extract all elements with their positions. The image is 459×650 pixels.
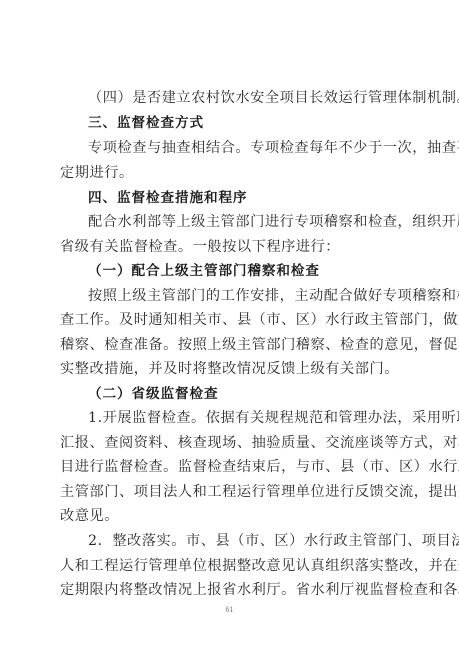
body-text-line: 定期限内将整改情况上报省水利厅。省水利厅视监督检查和各地 [60, 581, 402, 599]
paragraph-first-line: 1.开展监督检查。依据有关规程规范和管理办法，采用听取 [88, 409, 402, 427]
body-text-line: 定期进行。 [60, 164, 402, 182]
page-number: 61 [0, 605, 459, 614]
section-heading: 三、监督检查方式 [88, 114, 430, 132]
body-text-line: 目进行监督检查。监督检查结束后，与市、县（市、区）水行政 [60, 458, 402, 476]
paragraph-first-line: 按照上级主管部门的工作安排，主动配合做好专项稽察和检 [88, 287, 402, 305]
body-text-line: 查工作。及时通知相关市、县（市、区）水行政主管部门，做好 [60, 311, 402, 329]
body-text-line: 实整改措施，并及时将整改情况反馈上级有关部门。 [60, 360, 402, 378]
body-text-line: 稽察、检查准备。按照上级主管部门稽察、检查的意见，督促落 [60, 336, 402, 354]
subsection-heading: （二）省级监督检查 [88, 385, 430, 403]
paragraph-first-line: （四）是否建立农村饮水安全项目长效运行管理体制机制。 [88, 89, 402, 107]
body-text-line: 省级有关监督检查。一般按以下程序进行： [60, 238, 402, 256]
paragraph-first-line: 专项检查与抽查相结合。专项检查每年不少于一次，抽查不 [88, 139, 402, 157]
document-page: （四）是否建立农村饮水安全项目长效运行管理体制机制。三、监督检查方式专项检查与抽… [0, 0, 459, 650]
body-text-line: 主管部门、项目法人和工程运行管理单位进行反馈交流，提出整 [60, 483, 402, 501]
body-text-line: 改意见。 [60, 507, 402, 525]
body-text-line: 人和工程运行管理单位根据整改意见认真组织落实整改，并在规 [60, 557, 402, 575]
subsection-heading: （一）配合上级主管部门稽察和检查 [88, 262, 430, 280]
paragraph-first-line: 配合水利部等上级主管部门进行专项稽察和检查，组织开展 [88, 213, 402, 231]
body-text-line: 汇报、查阅资料、核查现场、抽验质量、交流座谈等方式，对项 [60, 434, 402, 452]
section-heading: 四、监督检查措施和程序 [88, 189, 430, 207]
paragraph-first-line: 2．整改落实。市、县（市、区）水行政主管部门、项目法 [88, 532, 402, 550]
